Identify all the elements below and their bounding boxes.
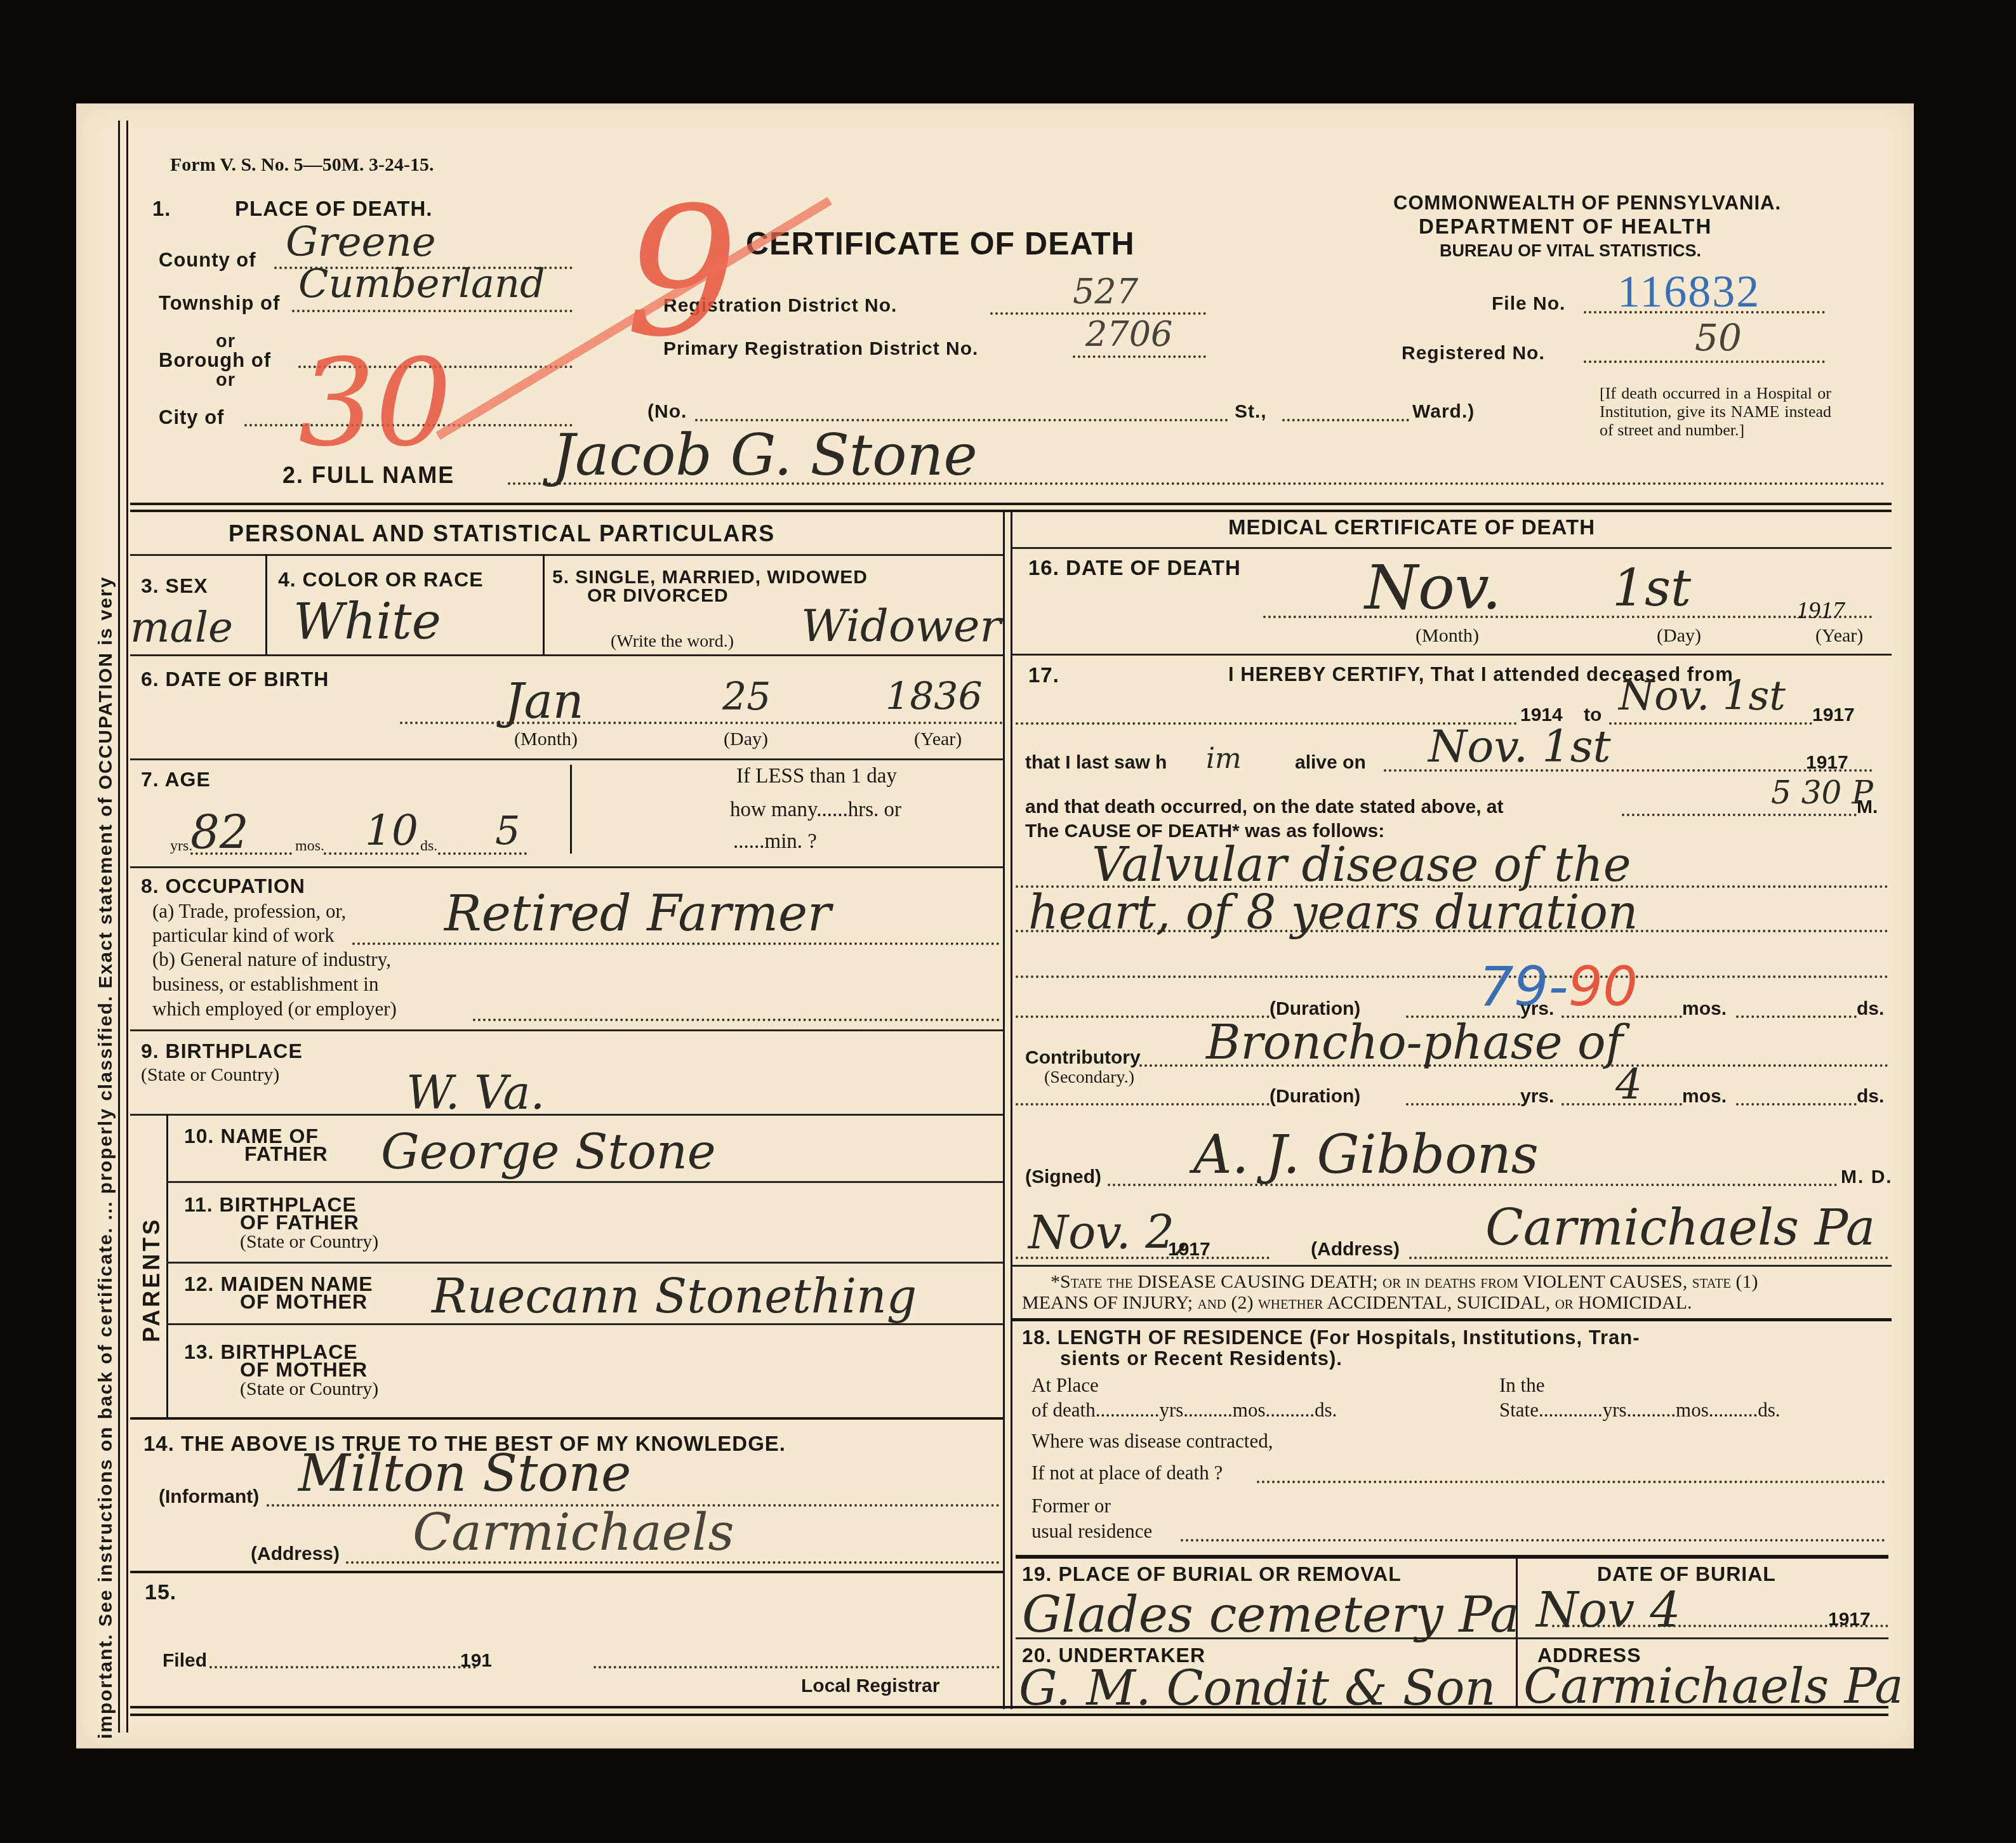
last-saw-prefix: that I last saw h xyxy=(1025,752,1167,774)
age-divider xyxy=(570,765,572,854)
duration-ds-line xyxy=(1736,1015,1857,1018)
medical-rule-3 xyxy=(1012,1265,1892,1267)
row-rule-4 xyxy=(130,1029,1003,1031)
ward-line xyxy=(1282,419,1409,421)
informant-address-label: (Address) xyxy=(251,1543,340,1565)
occupation-a1: (a) Trade, profession, or, xyxy=(152,900,346,923)
of-death-fields: of death.............yrs..........mos...… xyxy=(1031,1399,1337,1422)
center-divider-1 xyxy=(1003,510,1005,1709)
age-days: 5 xyxy=(495,807,520,854)
footnote-line-1: *State the DISEASE CAUSING DEATH; or in … xyxy=(1051,1271,1758,1293)
mother-name-value: Ruecann Stonething xyxy=(432,1269,917,1324)
last-saw-date: Nov. 1st xyxy=(1428,720,1611,772)
sex-value: male xyxy=(130,603,233,652)
personal-heading: PERSONAL AND STATISTICAL PARTICULARS xyxy=(229,520,775,547)
parents-rule-3 xyxy=(166,1323,1003,1325)
date-of-death-label: 16. DATE OF DEATH xyxy=(1028,556,1241,580)
occupation-value: Retired Farmer xyxy=(444,885,831,942)
race-divider xyxy=(543,554,545,654)
marital-value: Widower xyxy=(801,600,1001,652)
age-yrs-caption: yrs. xyxy=(170,838,192,855)
county-value: Greene xyxy=(286,219,436,266)
signed-label: (Signed) xyxy=(1025,1166,1101,1188)
issuer-line-3: BUREAU OF VITAL STATISTICS. xyxy=(1440,241,1701,261)
filed-label: Filed xyxy=(162,1650,207,1672)
personal-rule xyxy=(130,554,1003,556)
attended-to-year: 1917 xyxy=(1812,704,1855,726)
place-of-death-number: 1. xyxy=(152,197,171,221)
duration-mos-2: mos. xyxy=(1682,1086,1727,1107)
age-label: 7. AGE xyxy=(141,768,211,791)
row-rule-3 xyxy=(130,866,1003,868)
occupation-a2: particular kind of work xyxy=(152,924,335,947)
medical-heading: MEDICAL CERTIFICATE OF DEATH xyxy=(1228,515,1595,539)
signed-year: 1917 xyxy=(1168,1239,1210,1260)
duration-ds-line-2 xyxy=(1736,1103,1857,1106)
township-label: Township of xyxy=(159,292,280,315)
margin-instructions: important. See instructions on back of c… xyxy=(95,89,117,1739)
file-number-label: File No. xyxy=(1492,293,1565,315)
center-divider-2 xyxy=(1011,510,1012,1709)
duration-yrs-line-2 xyxy=(1406,1103,1520,1106)
duration-line-pre-2 xyxy=(1016,1103,1270,1106)
or-label-2: or xyxy=(216,370,235,391)
dod-month-caption: (Month) xyxy=(1416,625,1479,647)
if-not-line xyxy=(1257,1481,1885,1483)
registration-district-value: 527 xyxy=(1073,272,1138,312)
secondary-label: (Secondary.) xyxy=(1044,1067,1134,1088)
mother-name-label-2: OF MOTHER xyxy=(240,1290,368,1314)
row-rule-5 xyxy=(130,1114,1003,1116)
registered-number-line xyxy=(1584,360,1825,363)
dob-day-caption: (Day) xyxy=(724,729,768,750)
full-name-label: 2. FULL NAME xyxy=(282,462,454,489)
marital-label-2: OR DIVORCED xyxy=(587,585,729,607)
registered-number-value: 50 xyxy=(1695,316,1742,359)
usual-residence-label: usual residence xyxy=(1031,1520,1152,1543)
parents-rule-1 xyxy=(166,1181,1003,1183)
form-number: Form V. S. No. 5—50M. 3-24-15. xyxy=(170,154,434,176)
code-red: 90 xyxy=(1568,955,1637,1019)
city-label: City of xyxy=(159,406,224,429)
signed-date: Nov. 2, xyxy=(1028,1206,1189,1259)
header-rule-1 xyxy=(130,503,1892,505)
attended-to-date: Nov. 1st xyxy=(1619,673,1786,720)
death-time-line xyxy=(1622,814,1857,816)
street-no-label: (No. xyxy=(647,401,687,423)
dob-line xyxy=(400,722,1003,724)
medical-rule-4 xyxy=(1012,1318,1892,1321)
less-than-day: If LESS than 1 day xyxy=(736,765,897,788)
footer-rule-1 xyxy=(130,1706,1888,1708)
informant-address-value: Carmichaels xyxy=(413,1503,734,1562)
place-of-death-heading: PLACE OF DEATH. xyxy=(235,197,432,221)
race-value: White xyxy=(293,593,441,651)
contributory-value: Broncho-phase of xyxy=(1206,1015,1623,1070)
occupation-b3: which employed (or employer) xyxy=(152,998,397,1021)
death-time-text: and that death occurred, on the date sta… xyxy=(1025,796,1503,818)
age-mos-caption: mos. xyxy=(295,838,324,855)
date-of-death-line xyxy=(1263,616,1873,618)
birthplace-label: 9. BIRTHPLACE xyxy=(141,1040,303,1063)
date-of-death-month: Nov. xyxy=(1365,552,1501,623)
registered-number-label: Registered No. xyxy=(1402,343,1545,364)
birthplace-sub: (State or Country) xyxy=(141,1064,279,1086)
attended-to-line xyxy=(1609,722,1812,725)
last-saw-year: 1917 xyxy=(1806,752,1848,774)
physician-address-line xyxy=(1409,1257,1888,1259)
residence-heading: 18. LENGTH OF RESIDENCE (For Hospitals, … xyxy=(1022,1326,1640,1349)
race-label: 4. COLOR OR RACE xyxy=(278,568,484,591)
duration-mos-1: mos. xyxy=(1682,998,1727,1020)
physician-signature: A. J. Gibbons xyxy=(1193,1123,1539,1186)
occupation-b-line xyxy=(473,1019,1000,1021)
medical-rule-2 xyxy=(1012,654,1892,656)
filing-rule-top xyxy=(130,1571,1003,1573)
how-many-hours: how many......hrs. or xyxy=(730,798,901,822)
date-of-death-day: 1st xyxy=(1612,558,1691,618)
footer-rule-2 xyxy=(130,1714,1888,1716)
borough-label: Borough of xyxy=(159,349,271,372)
township-value: Cumberland xyxy=(298,260,545,307)
state-fields: State.............yrs..........mos......… xyxy=(1499,1399,1781,1422)
father-name-label-2: FATHER xyxy=(244,1142,328,1166)
occupation-b1: (b) General nature of industry, xyxy=(152,948,391,971)
father-birth-label-3: (State or Country) xyxy=(240,1231,378,1253)
age-months: 10 xyxy=(365,806,418,855)
primary-district-line xyxy=(1073,355,1206,358)
residence-heading-2: sients or Recent Residents). xyxy=(1060,1347,1343,1370)
last-saw-pronoun: im xyxy=(1206,743,1242,775)
occupation-b2: business, or establishment in xyxy=(152,973,378,996)
father-name-value: George Stone xyxy=(381,1123,716,1180)
street-label: St., xyxy=(1235,401,1267,423)
issuer-line-2: DEPARTMENT OF HEALTH xyxy=(1419,215,1712,239)
burial-year: 1917 xyxy=(1828,1609,1871,1630)
county-label: County of xyxy=(159,249,256,272)
duration-label-2: (Duration) xyxy=(1270,1086,1360,1107)
cause-line-3 xyxy=(1016,975,1888,978)
burial-rule-top xyxy=(1016,1555,1888,1559)
death-time-m: M. xyxy=(1857,796,1878,818)
issuer-line-1: COMMONWEALTH OF PENNSYLVANIA. xyxy=(1393,192,1781,215)
occupation-label: 8. OCCUPATION xyxy=(141,875,305,898)
if-not-label: If not at place of death ? xyxy=(1031,1462,1223,1484)
parents-side-label: PARENTS xyxy=(138,1217,165,1342)
informant-rule-top xyxy=(130,1417,1003,1420)
sex-label: 3. SEX xyxy=(141,574,208,598)
cause-value-2: heart, of 8 years duration xyxy=(1028,885,1638,940)
registrar-label: Local Registrar xyxy=(801,1675,939,1697)
red-annotation-9: 9 xyxy=(625,184,738,362)
dob-month-caption: (Month) xyxy=(514,729,578,750)
alive-on-label: alive on xyxy=(1295,752,1366,774)
margin-rule-2 xyxy=(126,121,128,1733)
dob-day: 25 xyxy=(722,675,771,719)
in-the-label: In the xyxy=(1499,1374,1544,1397)
red-annotation-30: 30 xyxy=(298,343,452,463)
former-label: Former or xyxy=(1031,1495,1111,1517)
md-label: M. D. xyxy=(1841,1166,1893,1188)
date-of-death-year: 1917 xyxy=(1796,597,1845,624)
certify-number: 17. xyxy=(1028,663,1059,687)
parents-divider xyxy=(166,1114,168,1417)
dob-month: Jan xyxy=(505,673,584,729)
certificate-title: CERTIFICATE OF DEATH xyxy=(746,225,1135,262)
contributory-label: Contributory xyxy=(1025,1047,1141,1069)
filed-year-prefix: 191 xyxy=(460,1650,492,1672)
filing-number: 15. xyxy=(145,1580,176,1605)
code-annotation: 79-90 xyxy=(1479,955,1638,1019)
footnote-line-2: MEANS OF INJURY; and (2) whether ACCIDEN… xyxy=(1022,1292,1692,1314)
dob-year: 1836 xyxy=(885,675,983,719)
where-contracted-label: Where was disease contracted, xyxy=(1031,1430,1273,1453)
street-no-line xyxy=(695,419,1228,421)
medical-rule-1 xyxy=(1012,547,1892,549)
burial-date-value: Nov 4 xyxy=(1536,1582,1681,1638)
burial-place-label: 19. PLACE OF BURIAL OR REMOVAL xyxy=(1022,1562,1402,1586)
informant-value: Milton Stone xyxy=(298,1444,631,1503)
burial-place-value: Glades cemetery Pa xyxy=(1022,1587,1520,1644)
physician-address-label: (Address) xyxy=(1311,1239,1400,1260)
birthplace-value: W. Va. xyxy=(406,1066,545,1120)
row-rule-2 xyxy=(130,758,1003,760)
sex-divider xyxy=(265,554,267,654)
hospital-note: [If death occurred in a Hospital or Inst… xyxy=(1600,384,1831,439)
row-rule-1 xyxy=(130,654,1003,656)
dod-year-caption: (Year) xyxy=(1815,625,1863,647)
mother-birth-label-3: (State or Country) xyxy=(240,1378,378,1400)
full-name-value: Jacob G. Stone xyxy=(552,422,978,489)
burial-rule-mid xyxy=(1016,1637,1888,1639)
duration-ds-2: ds. xyxy=(1857,1086,1884,1107)
parents-rule-2 xyxy=(166,1262,1003,1264)
primary-district-value: 2706 xyxy=(1085,314,1172,354)
duration-ds-1: ds. xyxy=(1857,998,1884,1020)
registrar-line xyxy=(594,1666,1000,1668)
cause-value-1: Valvular disease of the xyxy=(1092,838,1631,892)
file-number-stamp: 116832 xyxy=(1617,265,1760,318)
duration-yrs-2: yrs. xyxy=(1520,1086,1554,1107)
age-years: 82 xyxy=(190,806,249,859)
margin-rule-1 xyxy=(118,121,120,1733)
age-ds-caption: ds. xyxy=(420,838,437,855)
how-many-min: ......min. ? xyxy=(733,830,817,854)
occupation-a-line xyxy=(352,942,1000,945)
contributory-duration-mos: 4 xyxy=(1615,1060,1642,1109)
township-line xyxy=(292,310,573,312)
ward-label: Ward.) xyxy=(1412,401,1475,423)
usual-residence-line xyxy=(1181,1539,1885,1542)
marital-hint: (Write the word.) xyxy=(611,631,734,652)
physician-address-value: Carmichaels Pa xyxy=(1485,1199,1875,1257)
dob-year-caption: (Year) xyxy=(914,729,962,750)
at-place-label: At Place xyxy=(1031,1374,1099,1397)
dod-day-caption: (Day) xyxy=(1657,625,1701,647)
filed-line xyxy=(209,1666,476,1668)
dob-label: 6. DATE OF BIRTH xyxy=(141,668,329,691)
informant-label: (Informant) xyxy=(159,1486,259,1508)
